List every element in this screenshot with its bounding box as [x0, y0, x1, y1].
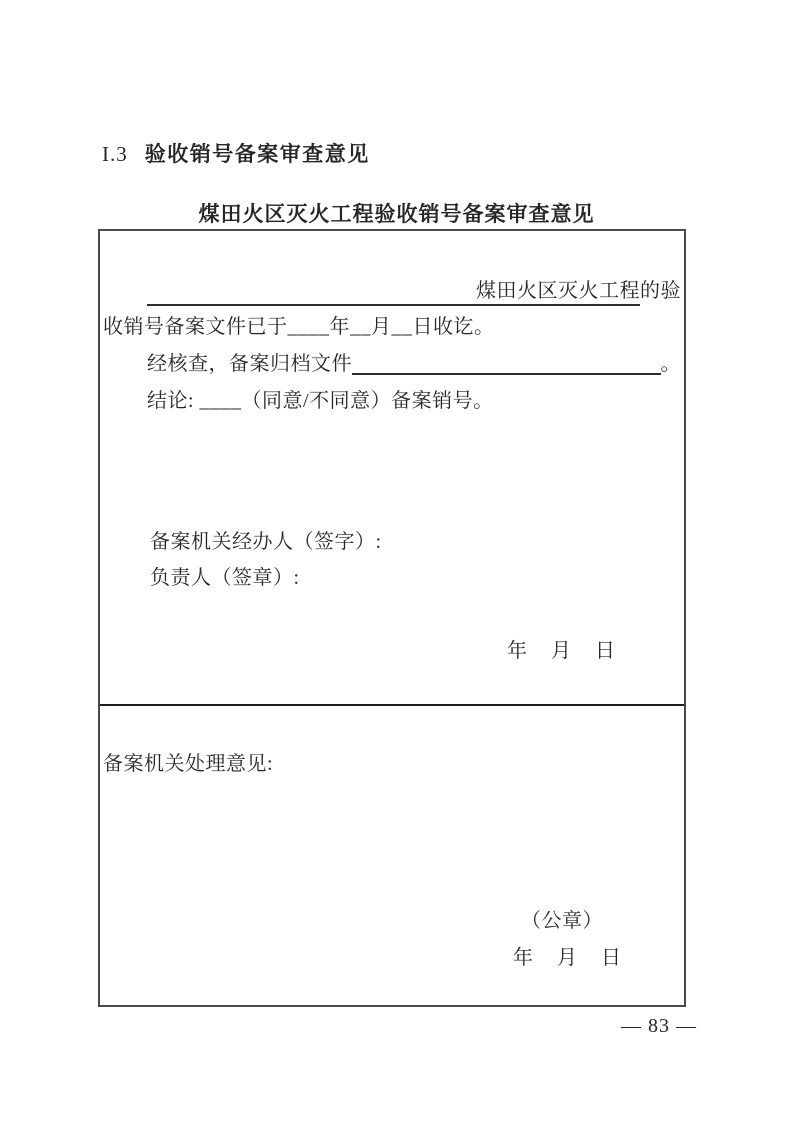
review-suffix: 。 [661, 351, 682, 377]
section-heading: I.3验收销号备案审查意见 [102, 141, 370, 168]
project-type-underlined-text: 煤田火区灭火工程 [476, 278, 640, 306]
conclusion-line: 结论: ____（同意/不同意）备案销号。 [147, 388, 681, 414]
section-number: I.3 [102, 142, 128, 166]
opening-line-2: 收销号备案文件已于____年__月__日收讫。 [103, 314, 681, 340]
opening-line-1: 煤田火区灭火工程 的验 [103, 278, 681, 308]
section-divider-line [100, 704, 684, 706]
archive-files-blank-line [352, 351, 661, 375]
paragraph-indent [103, 278, 147, 308]
review-prefix: 经核查，备案归档文件 [147, 351, 352, 377]
page-number: — 83 — [621, 1014, 697, 1038]
opening-line1-tail: 的验 [640, 278, 681, 308]
project-name-blank-line [147, 278, 476, 306]
section-title: 验收销号备案审查意见 [145, 143, 370, 166]
form-title: 煤田火区灭火工程验收销号备案审查意见 [0, 201, 793, 228]
date-line-top: 年 月 日 [507, 638, 617, 664]
official-seal-label: （公章） [521, 908, 603, 934]
processing-opinion-label: 备案机关处理意见: [103, 751, 681, 777]
form-box: 煤田火区灭火工程 的验 收销号备案文件已于____年__月__日收讫。 经核查，… [98, 229, 686, 1007]
review-line: 经核查，备案归档文件 。 [103, 351, 681, 377]
responsible-person-label: 负责人（签章）: [150, 565, 681, 591]
document-page: I.3验收销号备案审查意见 煤田火区灭火工程验收销号备案审查意见 煤田火区灭火工… [0, 0, 793, 1122]
date-line-bottom: 年 月 日 [513, 945, 623, 971]
paragraph-indent [103, 351, 147, 377]
handler-signature-label: 备案机关经办人（签字）: [150, 529, 681, 555]
